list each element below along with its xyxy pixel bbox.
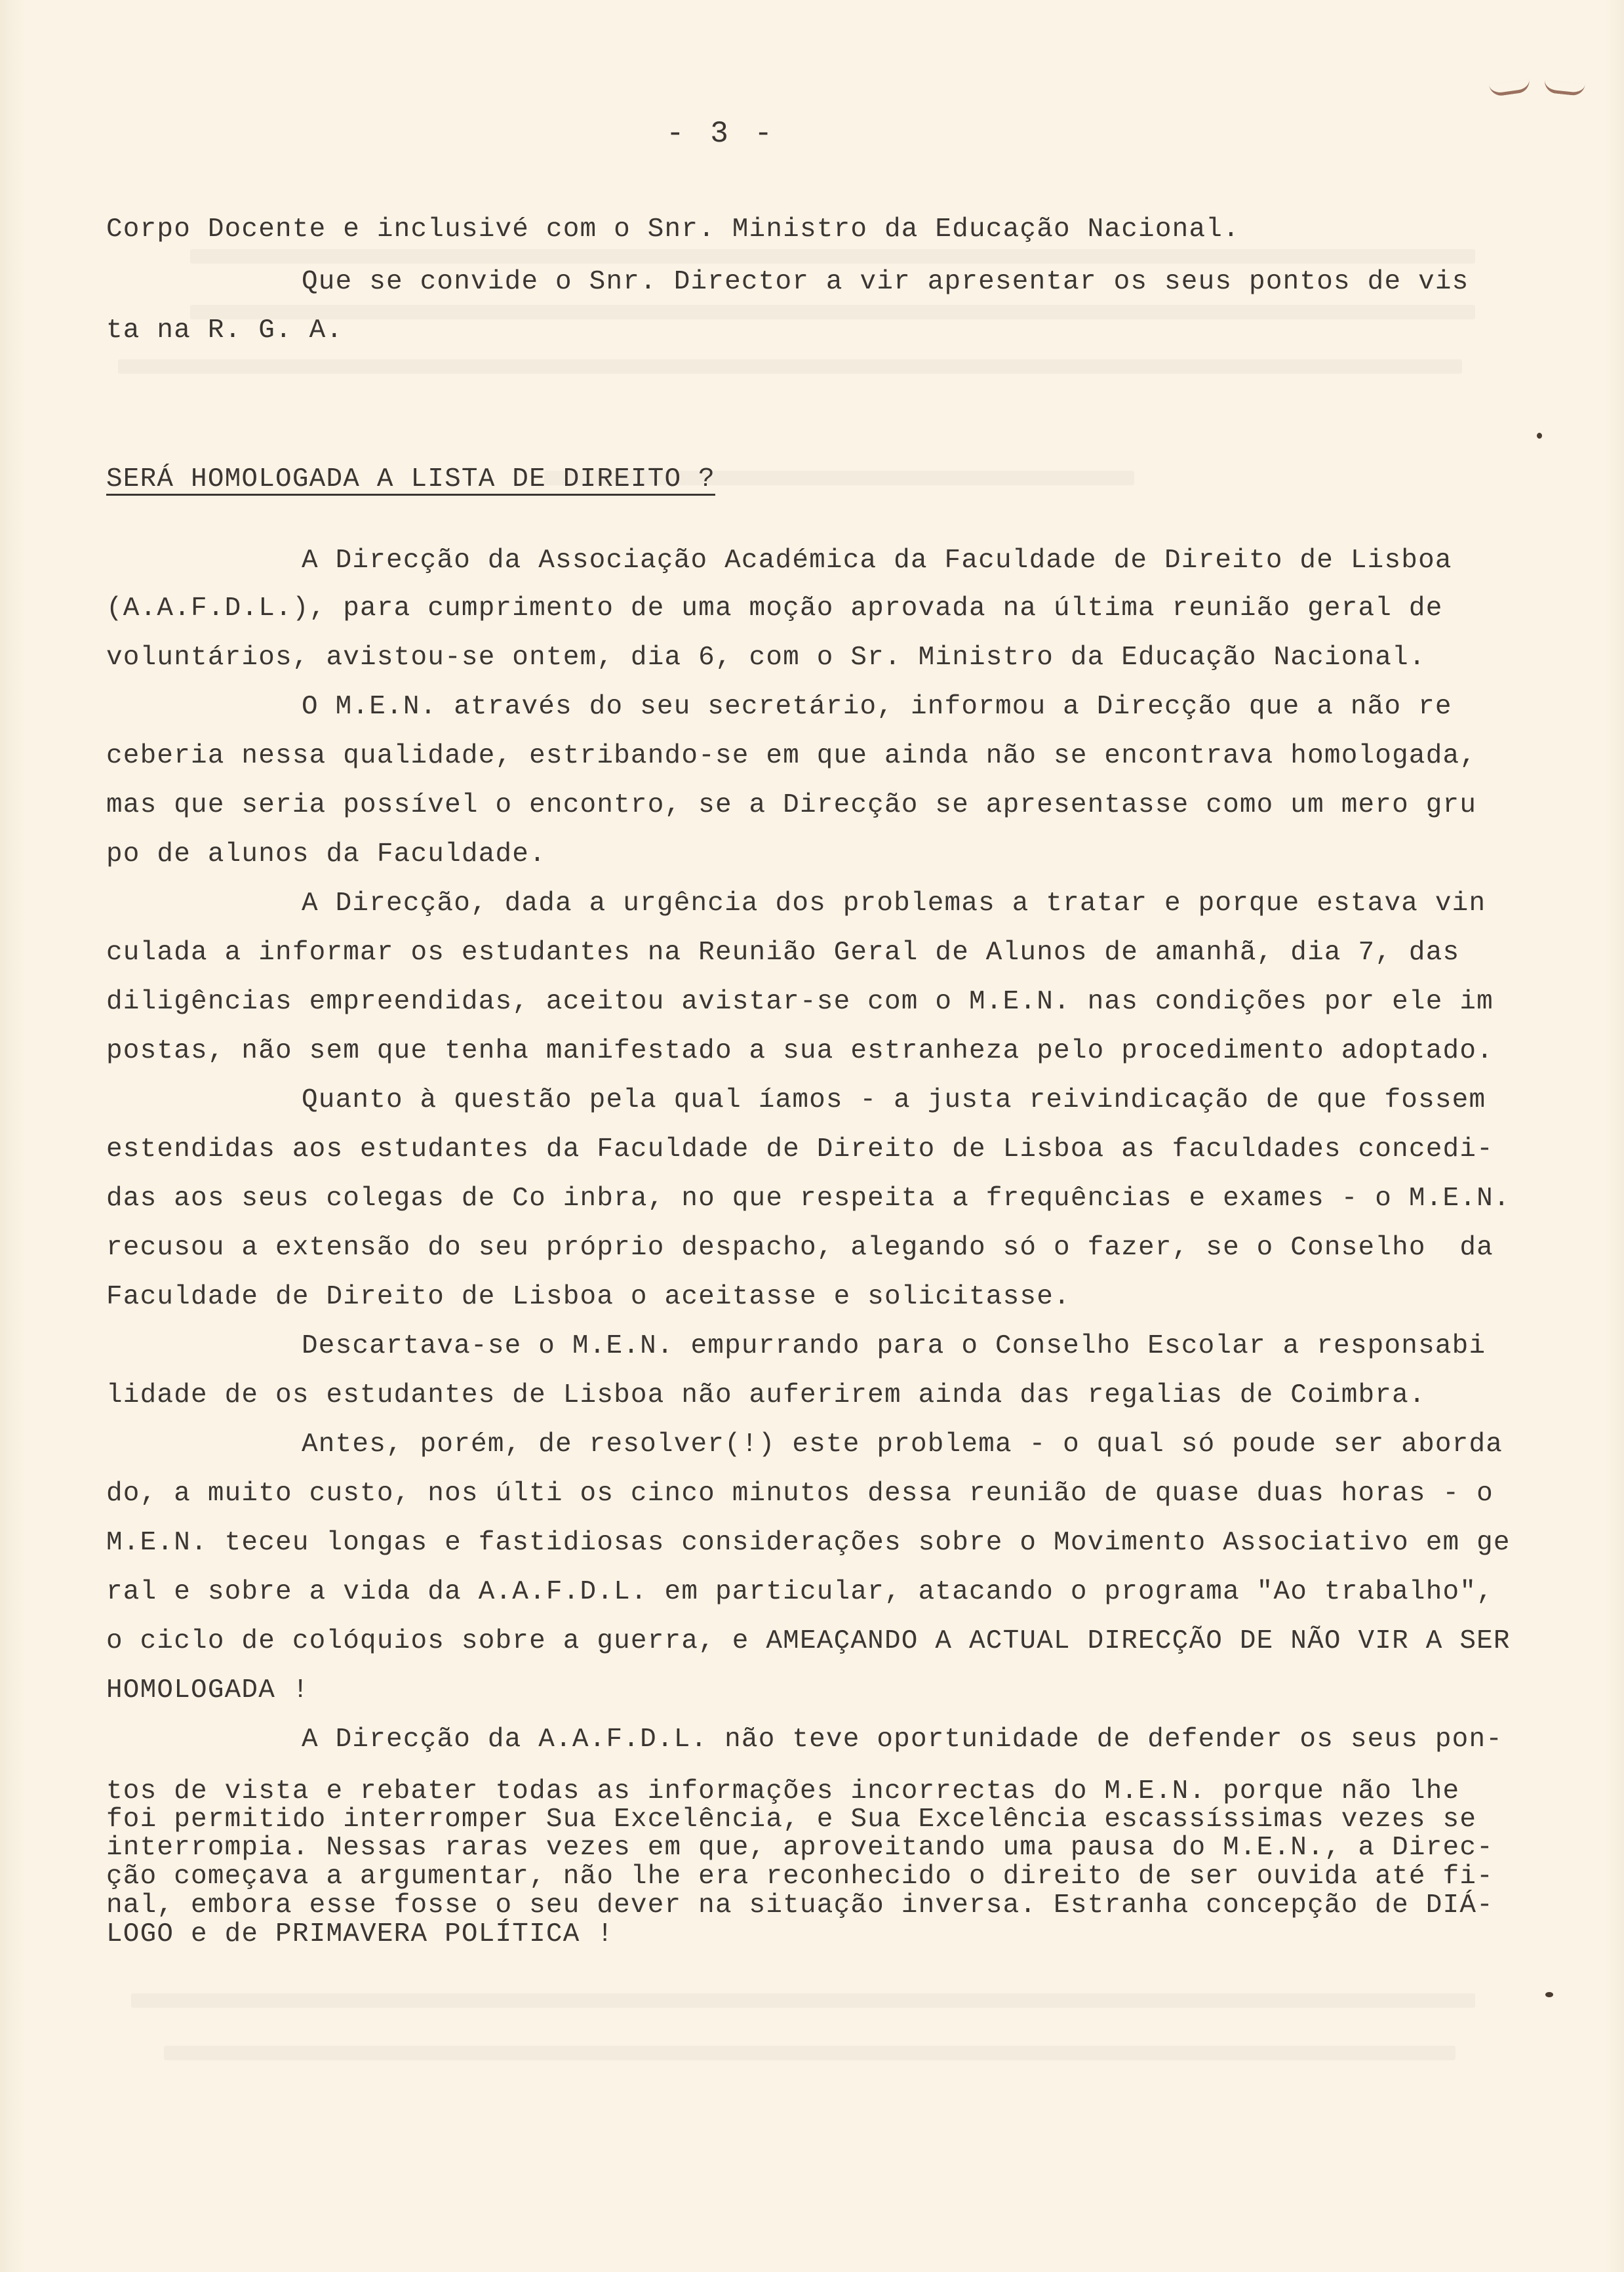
- text-line: do, a muito custo, nos últi os cinco min…: [106, 1481, 1494, 1507]
- text-line: O M.E.N. através do seu secretário, info…: [302, 694, 1452, 721]
- text-line: das aos seus colegas de Co inbra, no que…: [106, 1186, 1511, 1212]
- bleed-through: [190, 249, 1475, 264]
- bleed-through: [190, 305, 1475, 319]
- text-line: A Direcção da Associação Académica da Fa…: [302, 548, 1452, 574]
- text-line: (A.A.F.D.L.), para cumprimento de uma mo…: [106, 595, 1443, 622]
- text-line: Quanto à questão pela qual íamos - a jus…: [302, 1087, 1486, 1114]
- text-line: culada a informar os estudantes na Reuni…: [106, 940, 1459, 967]
- bleed-through: [118, 359, 1462, 374]
- text-line: HOMOLOGADA !: [106, 1677, 309, 1704]
- text-line: A Direcção da A.A.F.D.L. não teve oportu…: [302, 1726, 1503, 1753]
- text-line: interrompia. Nessas raras vezes em que, …: [106, 1835, 1494, 1862]
- text-line: Que se convide o Snr. Director a vir apr…: [302, 269, 1469, 296]
- section-heading: SERÁ HOMOLOGADA A LISTA DE DIREITO ?: [106, 464, 715, 494]
- text-line: estendidas aos estudantes da Faculdade d…: [106, 1136, 1494, 1163]
- text-line: postas, não sem que tenha manifestado a …: [106, 1038, 1494, 1065]
- text-line: mas que seria possível o encontro, se a …: [106, 792, 1476, 819]
- text-line: ceberia nessa qualidade, estribando-se e…: [106, 743, 1476, 770]
- text-line: tos de vista e rebater todas as informaç…: [106, 1778, 1459, 1805]
- text-line: lidade de os estudantes de Lisboa não au…: [106, 1382, 1426, 1409]
- text-line: voluntários, avistou-se ontem, dia 6, co…: [106, 645, 1426, 671]
- text-line: ta na R. G. A.: [106, 317, 343, 344]
- text-line: M.E.N. teceu longas e fastidiosas consid…: [106, 1530, 1511, 1557]
- text-line: Descartava-se o M.E.N. empurrando para o…: [302, 1333, 1486, 1360]
- text-line: foi permitido interromper Sua Excelência…: [106, 1806, 1476, 1833]
- text-line: ral e sobre a vida da A.A.F.D.L. em part…: [106, 1579, 1494, 1606]
- text-line: Corpo Docente e inclusivé com o Snr. Min…: [106, 216, 1240, 243]
- ink-speck: [1537, 433, 1542, 439]
- text-line: o ciclo de colóquios sobre a guerra, e A…: [106, 1628, 1511, 1655]
- bleed-through: [164, 2046, 1456, 2060]
- text-line: ção começava a argumentar, não lhe era r…: [106, 1863, 1494, 1890]
- text-line: diligências empreendidas, aceitou avista…: [106, 989, 1494, 1016]
- bleed-through: [131, 1993, 1475, 2008]
- ink-speck: [1545, 1992, 1553, 1997]
- text-line: Antes, porém, de resolver(!) este proble…: [302, 1431, 1503, 1458]
- text-line: LOGO e de PRIMAVERA POLÍTICA !: [106, 1921, 614, 1948]
- text-line: A Direcção, dada a urgência dos problema…: [302, 890, 1486, 917]
- text-line: recusou a extensão do seu próprio despac…: [106, 1235, 1494, 1262]
- text-line: Faculdade de Direito de Lisboa o aceitas…: [106, 1284, 1071, 1311]
- text-line: po de alunos da Faculdade.: [106, 841, 546, 868]
- page-number: - 3 -: [0, 117, 1442, 151]
- text-line: nal, embora esse fosse o seu dever na si…: [106, 1892, 1494, 1919]
